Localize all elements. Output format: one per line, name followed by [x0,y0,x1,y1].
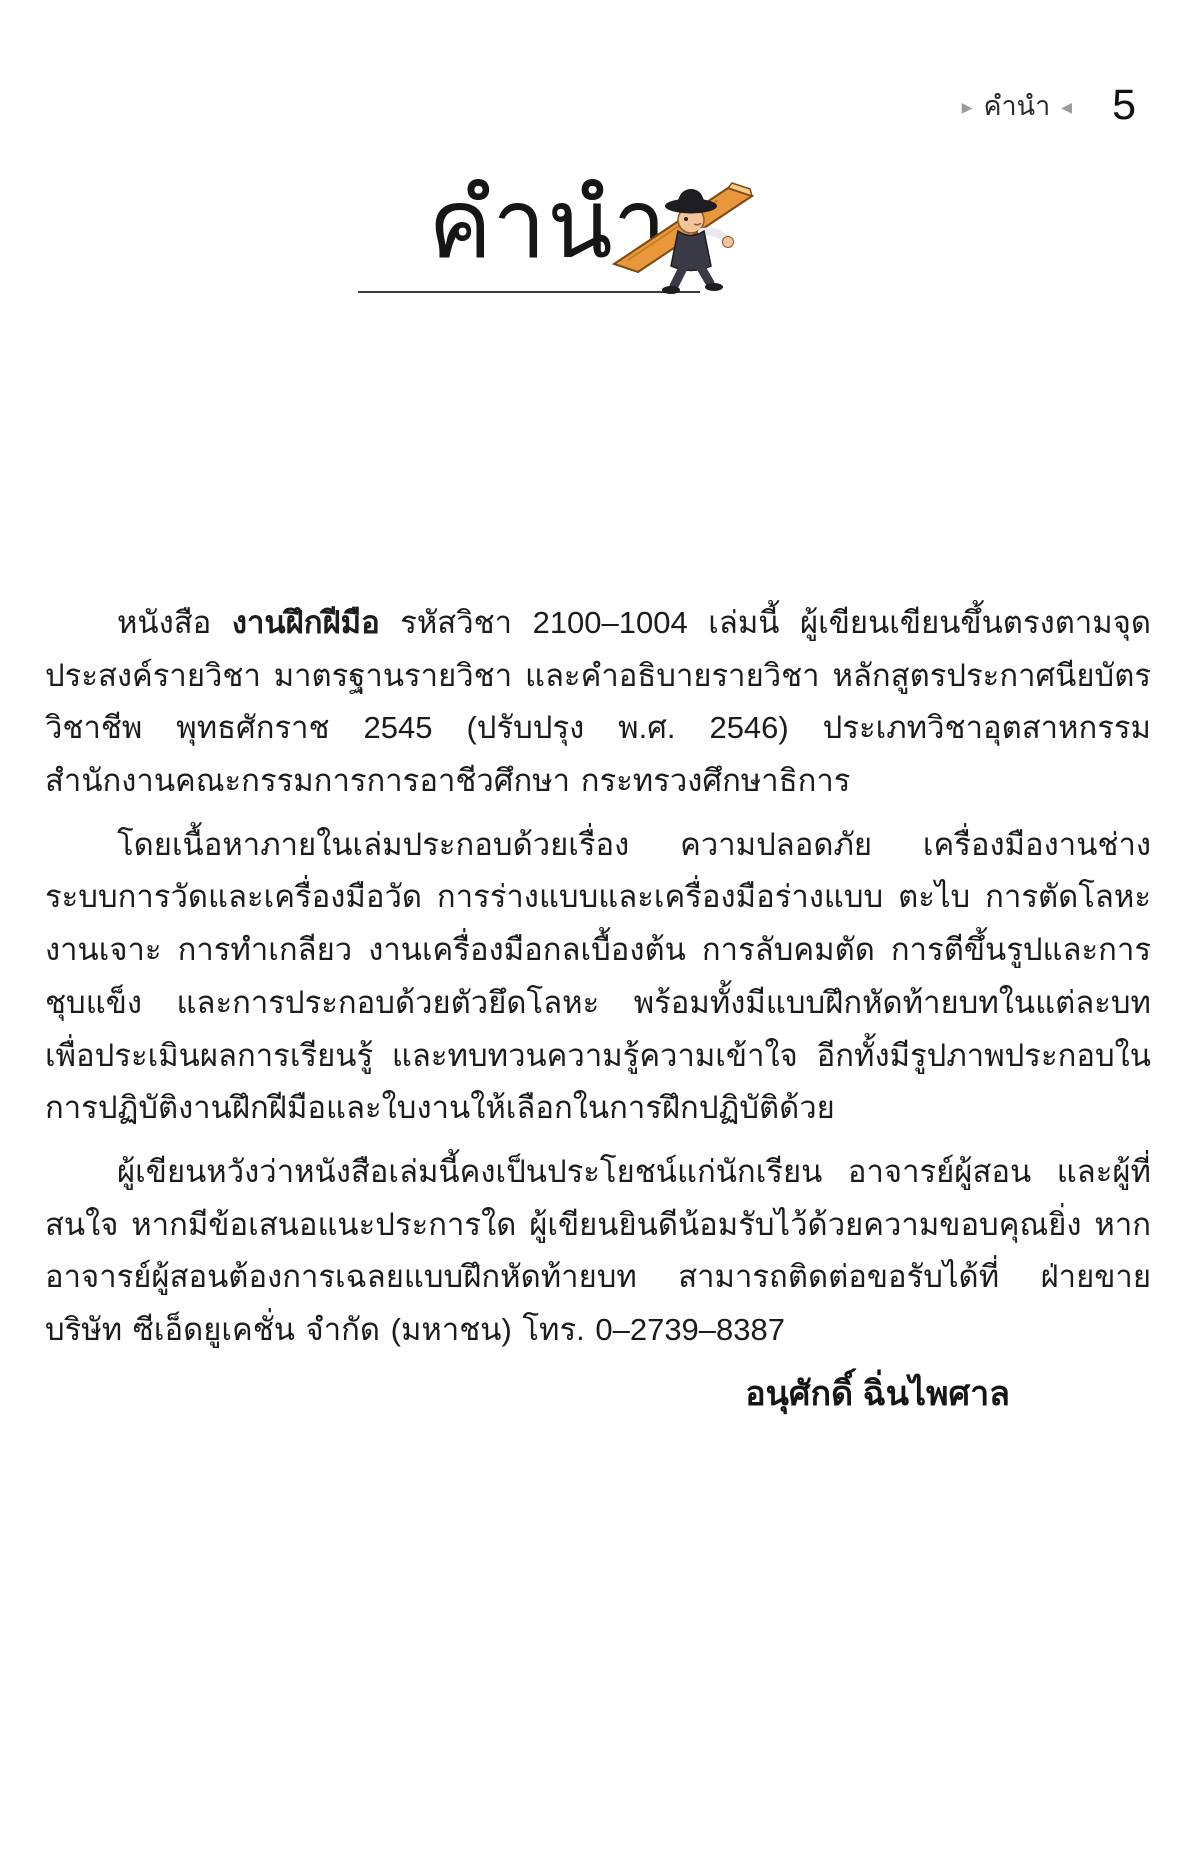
vest [671,231,711,271]
left-shoe [662,286,680,294]
page-number: 5 [1112,84,1136,127]
right-shoe [705,283,723,291]
preface-page: ▶ คำนำ ◀ 5 คำนำ หนังสือ งานฝึกฝีมือ รหัส… [0,0,1186,1867]
running-title: คำนำ [983,84,1050,127]
hat-brim [665,199,717,214]
paragraph-1: หนังสือ งานฝึกฝีมือ รหัสวิชา 2100–1004 เ… [45,597,1151,808]
left-leg [674,266,684,286]
right-leg [700,266,710,283]
preface-body: หนังสือ งานฝึกฝีมือ รหัสวิชา 2100–1004 เ… [45,597,1151,1368]
hand [723,237,734,248]
page-header: ▶ คำนำ ◀ 5 [962,84,1136,127]
carpenter-illustration [598,168,768,295]
author-signature: อนุศักดิ์ ฉิ่นไพศาล [745,1366,1010,1420]
triangle-right-icon: ▶ [962,100,973,114]
book-title-bold: งานฝึกฝีมือ [232,605,380,640]
triangle-left-icon: ◀ [1061,100,1072,114]
paragraph-1-prefix: หนังสือ [117,605,232,640]
running-head: ▶ คำนำ ◀ [962,84,1072,127]
paragraph-2: โดยเนื้อหาภายในเล่มประกอบด้วยเรื่อง ความ… [45,819,1151,1135]
eye [684,217,688,221]
paragraph-3: ผู้เขียนหวังว่าหนังสือเล่มนี้คงเป็นประโย… [45,1146,1151,1357]
